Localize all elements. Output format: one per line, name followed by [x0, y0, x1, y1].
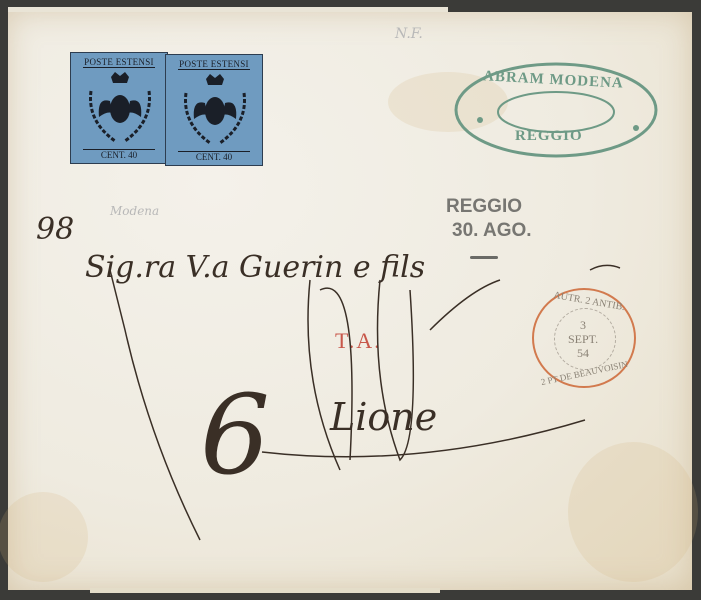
handwriting-strokes [0, 0, 701, 600]
